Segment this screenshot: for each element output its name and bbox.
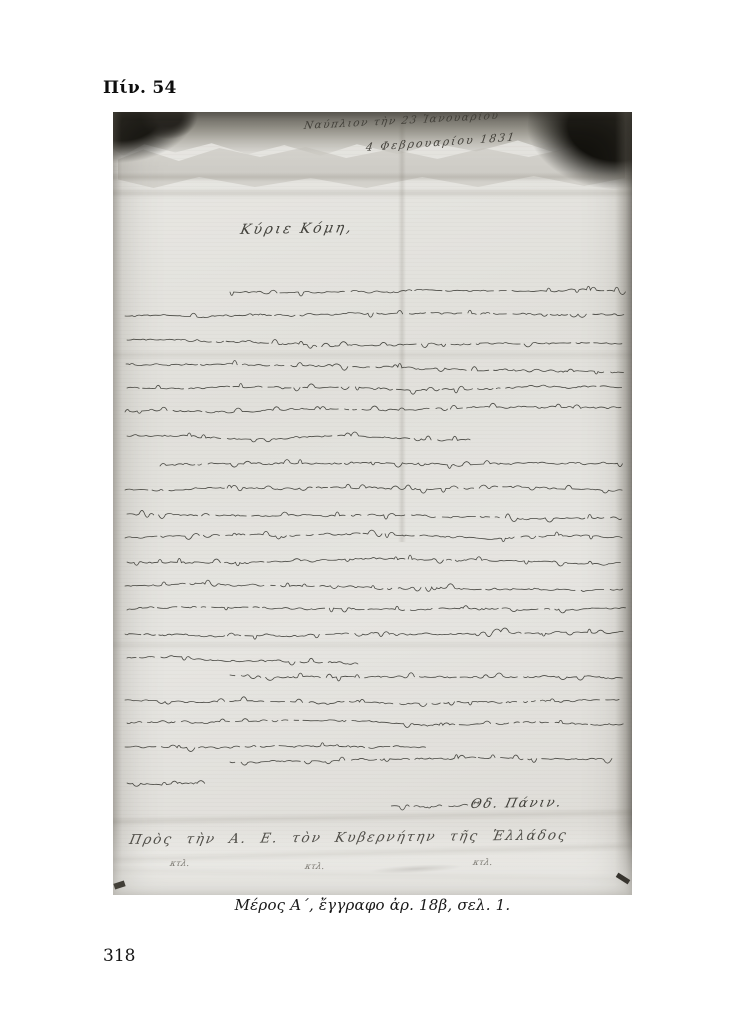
handwriting-line [127,339,622,348]
handwriting-line [127,383,622,394]
handwriting-line [125,628,623,639]
handwritten-body-strokes [113,112,632,895]
page-number: 318 [103,946,135,966]
handwriting-line [125,310,624,317]
handwriting-line [230,755,612,765]
handwriting-line [127,555,620,566]
photo-caption: Μέρος Α΄, ἔγγραφο ἀρ. 18β, σελ. 1. [113,896,632,914]
document-photo: Ναύπλιον τὴν 23 Ἰανουαρίου 4 Φεβρουαρίου… [113,112,632,895]
etc-mark: κτλ. [169,859,191,869]
handwriting-line [127,606,626,613]
signature-flourish [391,804,468,810]
plate-label: Πίν. 54 [103,78,177,98]
etc-mark: κτλ. [472,858,494,868]
handwriting-line [126,361,624,374]
signature: Θδ. Πάνιν. [469,795,564,812]
handwriting-line [127,781,205,787]
book-page: Πίν. 54 Ναύπλιον τὴν 23 Ἰανουαρίου 4 Φεβ… [0,0,743,1027]
handwriting-line [127,510,622,522]
handwriting-line [125,580,623,591]
salutation: Κύριε Κόμη, [239,220,355,238]
handwriting-line [125,530,622,542]
handwriting-line [125,403,621,413]
handwriting-line [127,719,627,728]
handwriting-line [127,656,364,665]
handwriting-line [125,697,626,707]
handwriting-line [127,432,473,442]
handwriting-line [125,484,622,493]
handwriting-line [160,460,622,469]
handwriting-line [230,673,627,681]
handwriting-line [125,743,429,752]
handwriting-line [230,286,625,296]
etc-mark: κτλ. [304,862,326,872]
